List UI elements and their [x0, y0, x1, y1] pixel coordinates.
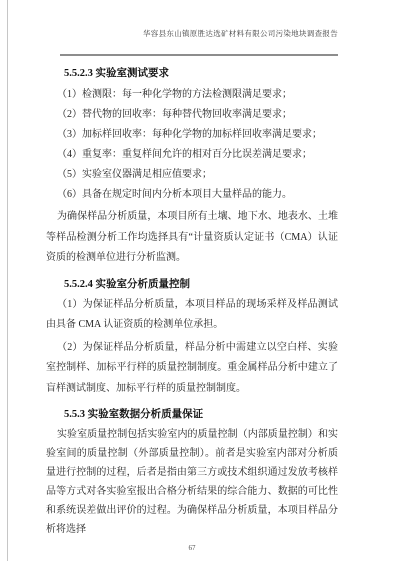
page-edge-line: [7, 0, 8, 561]
list-item: （6）具备在规定时间内分析本项目大量样品的能力。: [46, 185, 338, 205]
document-page: { "header": { "title": "华容县东山镇原胜达选矿材料有限公…: [0, 0, 396, 561]
list-item: （2）替代物的回收率：每种替代物回收率满足要求；: [46, 105, 338, 125]
section-heading-5523: 5.5.2.3 实验室测试要求: [46, 66, 338, 81]
list-item: （5）实验室仪器满足相应值要求；: [46, 165, 338, 185]
paragraph: （2）为保证样品分析质量，样品分析中需建立以空白样、实验室控制样、加标平行样的质…: [46, 338, 338, 400]
header-rule: [60, 54, 338, 56]
list-item: （1）检测限：每一种化学物的方法检测限满足要求；: [46, 85, 338, 105]
running-header: 华容县东山镇原胜达选矿材料有限公司污染地块调查报告: [46, 0, 338, 40]
list-item: （3）加标样回收率：每种化学物的加标样回收率满足要求；: [46, 125, 338, 145]
section-heading-553: 5.5.3 实验室数据分析质量保证: [46, 407, 338, 422]
section-heading-5524: 5.5.2.4 实验室分析质量控制: [46, 277, 338, 292]
paragraph: 为确保样品分析质量，本项目所有土壤、地下水、地表水、土堆等样品检测分析工作均选择…: [46, 207, 338, 269]
document-body: 华容县东山镇原胜达选矿材料有限公司污染地块调查报告 5.5.2.3 实验室测试要…: [46, 0, 338, 552]
list-item: （4）重复率：重复样间允许的相对百分比误差满足要求；: [46, 145, 338, 165]
paragraph: 实验室质量控制包括实验室内的质量控制（内部质量控制）和实验室间的质量控制（外部质…: [46, 425, 338, 539]
page-number: 67: [46, 544, 338, 552]
paragraph: （1）为保证样品分析质量，本项目样品的现场采样及样品测试由具备 CMA 认证资质…: [46, 295, 338, 336]
